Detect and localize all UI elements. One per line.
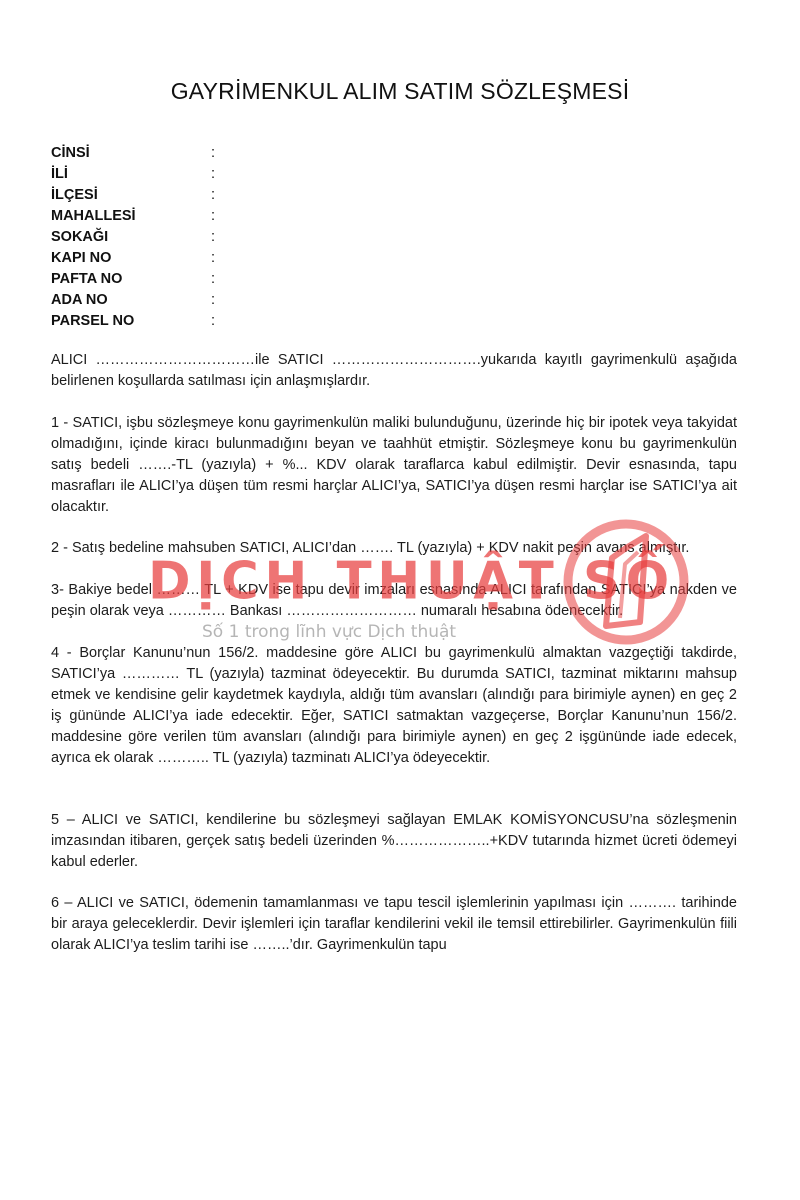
field-separator: : <box>211 269 215 290</box>
clause-1: 1 - SATICI, işbu sözleşmeye konu gayrime… <box>51 413 737 518</box>
field-label: PAFTA NO <box>51 269 122 290</box>
field-mahallesi: MAHALLESİ : <box>51 206 351 227</box>
clause-3: 3- Bakiye bedel ……… TL + KDV ise tapu de… <box>51 580 737 622</box>
clause-6: 6 – ALICI ve SATICI, ödemenin tamamlanma… <box>51 893 737 956</box>
field-cinsi: CİNSİ : <box>51 143 351 164</box>
field-ilcesi: İLÇESİ : <box>51 185 351 206</box>
field-label: ADA NO <box>51 290 108 311</box>
watermark-tagline: Số 1 trong lĩnh vực Dịch thuật <box>202 622 456 642</box>
document-title: GAYRİMENKUL ALIM SATIM SÖZLEŞMESİ <box>0 78 800 105</box>
field-separator: : <box>211 185 215 206</box>
field-pafta-no: PAFTA NO : <box>51 269 351 290</box>
clause-5: 5 – ALICI ve SATICI, kendilerine bu sözl… <box>51 810 737 873</box>
document-page: GAYRİMENKUL ALIM SATIM SÖZLEŞMESİ CİNSİ … <box>0 0 800 1200</box>
clause-4: 4 - Borçlar Kanunu’nun 156/2. maddesine … <box>51 643 737 769</box>
field-separator: : <box>211 290 215 311</box>
field-separator: : <box>211 311 215 332</box>
field-kapi-no: KAPI NO : <box>51 248 351 269</box>
intro-paragraph: ALICI ……………………………ile SATICI ………………………….y… <box>51 350 737 392</box>
field-label: SOKAĞI <box>51 227 108 248</box>
field-separator: : <box>211 143 215 164</box>
field-separator: : <box>211 248 215 269</box>
field-label: MAHALLESİ <box>51 206 136 227</box>
field-label: İLİ <box>51 164 68 185</box>
field-separator: : <box>211 206 215 227</box>
field-label: PARSEL NO <box>51 311 134 332</box>
property-fields: CİNSİ : İLİ : İLÇESİ : MAHALLESİ : SOKAĞ… <box>51 143 351 332</box>
field-separator: : <box>211 164 215 185</box>
field-label: KAPI NO <box>51 248 111 269</box>
field-parsel-no: PARSEL NO : <box>51 311 351 332</box>
clause-2: 2 - Satış bedeline mahsuben SATICI, ALIC… <box>51 538 737 559</box>
field-ada-no: ADA NO : <box>51 290 351 311</box>
field-ili: İLİ : <box>51 164 351 185</box>
field-label: İLÇESİ <box>51 185 98 206</box>
field-label: CİNSİ <box>51 143 90 164</box>
field-sokagi: SOKAĞI : <box>51 227 351 248</box>
field-separator: : <box>211 227 215 248</box>
